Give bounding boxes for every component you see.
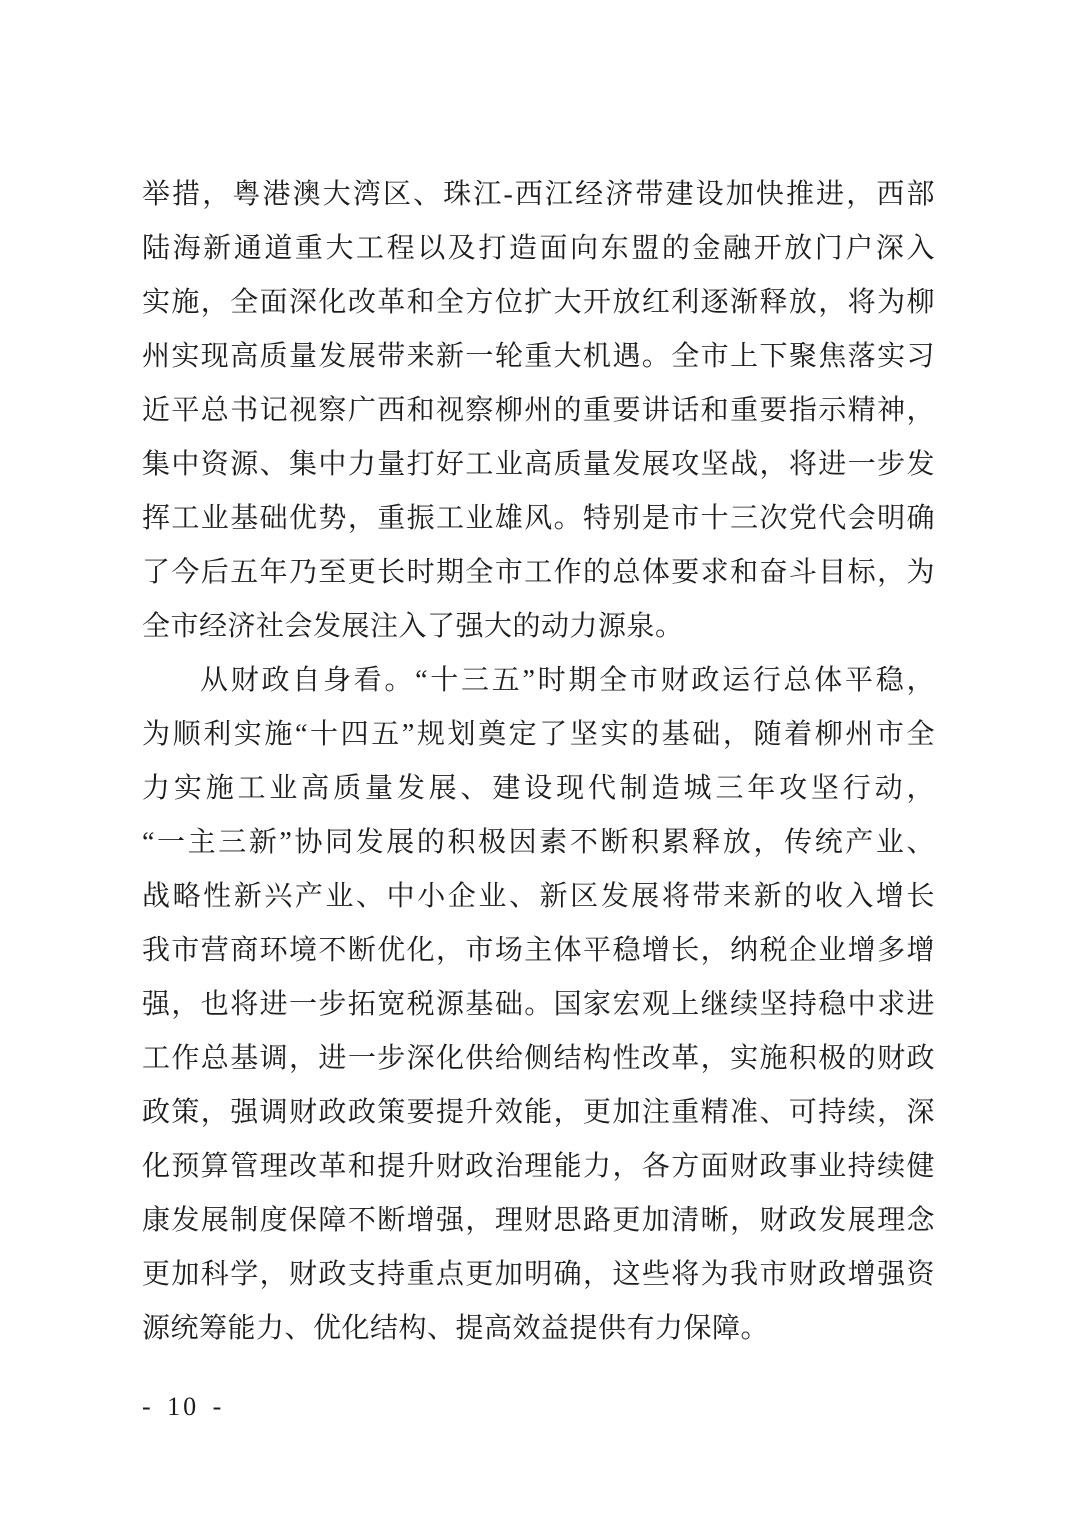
p2-line-13: 源统筹能力、优化结构、提高效益提供有力保障。	[142, 1302, 935, 1356]
p2-line-5: 战略性新兴产业、中小企业、新区发展将带来新的收入增长点；	[142, 870, 935, 924]
page-number: - 10 -	[142, 1390, 224, 1424]
p2-line-2: 为顺利实施“十四五”规划奠定了坚实的基础，随着柳州市全	[142, 708, 935, 762]
paragraph-1: 举措，粤港澳大湾区、珠江-西江经济带建设加快推进，西部 陆海新通道重大工程以及打…	[142, 168, 935, 654]
p1-line-1: 举措，粤港澳大湾区、珠江-西江经济带建设加快推进，西部	[142, 168, 935, 222]
p2-line-4: “一主三新”协同发展的积极因素不断积累释放，传统产业、	[142, 816, 935, 870]
document-body: 举措，粤港澳大湾区、珠江-西江经济带建设加快推进，西部 陆海新通道重大工程以及打…	[142, 168, 935, 1356]
p1-line-9: 全市经济社会发展注入了强大的动力源泉。	[142, 600, 935, 654]
document-page: 举措，粤港澳大湾区、珠江-西江经济带建设加快推进，西部 陆海新通道重大工程以及打…	[0, 0, 1074, 1520]
p2-line-6: 我市营商环境不断优化，市场主体平稳增长，纳税企业增多增	[142, 924, 935, 978]
p2-line-7: 强，也将进一步拓宽税源基础。国家宏观上继续坚持稳中求进	[142, 978, 935, 1032]
p2-line-11: 康发展制度保障不断增强，理财思路更加清晰，财政发展理念	[142, 1194, 935, 1248]
p2-line-9: 政策，强调财政政策要提升效能，更加注重精准、可持续，深	[142, 1086, 935, 1140]
p2-line-8: 工作总基调，进一步深化供给侧结构性改革，实施积极的财政	[142, 1032, 935, 1086]
p1-line-2: 陆海新通道重大工程以及打造面向东盟的金融开放门户深入	[142, 222, 935, 276]
p1-line-8: 了今后五年乃至更长时期全市工作的总体要求和奋斗目标，为	[142, 546, 935, 600]
p1-line-6: 集中资源、集中力量打好工业高质量发展攻坚战，将进一步发	[142, 438, 935, 492]
p1-line-7: 挥工业基础优势，重振工业雄风。特别是市十三次党代会明确	[142, 492, 935, 546]
p2-line-10: 化预算管理改革和提升财政治理能力，各方面财政事业持续健	[142, 1140, 935, 1194]
p2-line-12: 更加科学，财政支持重点更加明确，这些将为我市财政增强资	[142, 1248, 935, 1302]
p1-line-4: 州实现高质量发展带来新一轮重大机遇。全市上下聚焦落实习	[142, 330, 935, 384]
paragraph-2: 从财政自身看。“十三五”时期全市财政运行总体平稳， 为顺利实施“十四五”规划奠定…	[142, 654, 935, 1356]
p2-line-3: 力实施工业高质量发展、建设现代制造城三年攻坚行动，	[142, 762, 935, 816]
p1-line-5: 近平总书记视察广西和视察柳州的重要讲话和重要指示精神，	[142, 384, 935, 438]
p2-line-1: 从财政自身看。“十三五”时期全市财政运行总体平稳，	[142, 654, 935, 708]
p1-line-3: 实施，全面深化改革和全方位扩大开放红利逐渐释放，将为柳	[142, 276, 935, 330]
